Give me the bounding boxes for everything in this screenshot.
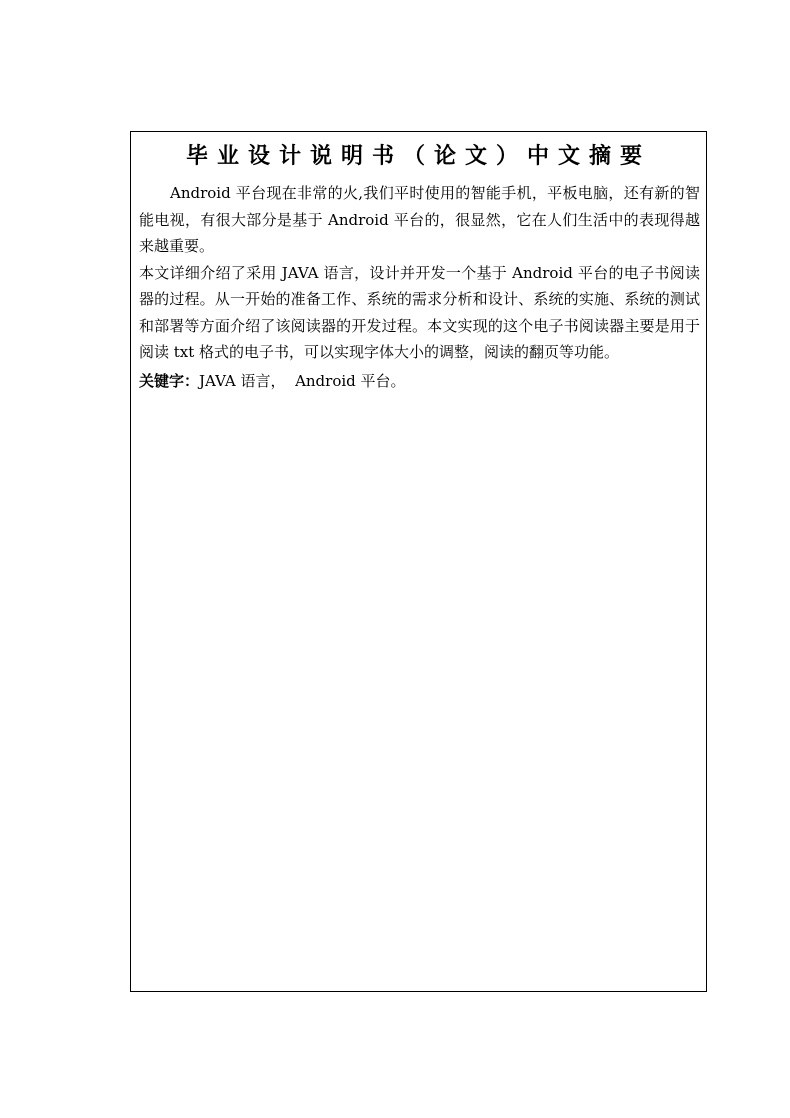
- document-title: 毕业设计说明书（论文）中文摘要: [131, 142, 706, 172]
- abstract-frame: 毕业设计说明书（论文）中文摘要 Android 平台现在非常的火,我们平时使用的…: [130, 131, 707, 992]
- abstract-body: Android 平台现在非常的火,我们平时使用的智能手机，平板电脑，还有新的智能…: [139, 180, 700, 394]
- keywords-line: 关键字：JAVA 语言， Android 平台。: [139, 368, 700, 395]
- keywords-value: JAVA 语言， Android 平台。: [199, 372, 406, 390]
- keywords-label: 关键字：: [139, 372, 199, 390]
- abstract-paragraph-2: 本文详细介绍了采用 JAVA 语言，设计并开发一个基于 Android 平台的电…: [139, 260, 700, 366]
- abstract-paragraph-1: Android 平台现在非常的火,我们平时使用的智能手机，平板电脑，还有新的智能…: [139, 180, 700, 260]
